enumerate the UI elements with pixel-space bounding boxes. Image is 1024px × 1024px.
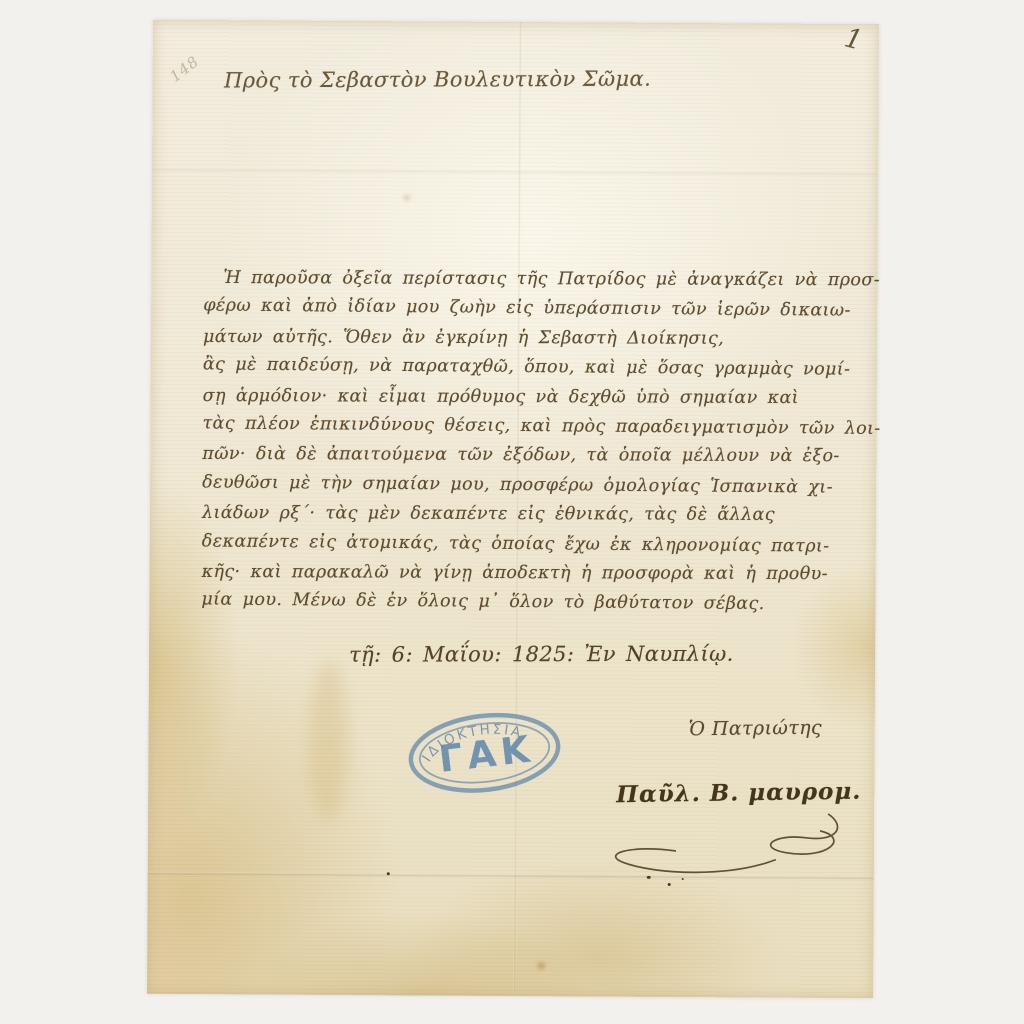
body-line: μάτων αὐτῆς. Ὅθεν ἂν ἐγκρίνῃ ἡ Σεβαστὴ Δ… — [203, 323, 858, 355]
letter-body: Ἡ παροῦσα ὀξεῖα περίστασις τῆς Πατρίδος … — [201, 263, 858, 620]
body-line: μία μου. Μένω δὲ ἐν ὅλοις μ᾽ ὅλον τὸ βαθ… — [201, 586, 856, 621]
body-line: πῶν· διὰ δὲ ἀπαιτούμενα τῶν ἐξόδων, τὰ ὁ… — [202, 440, 857, 472]
body-line: φέρω καὶ ἀπὸ ἰδίαν μου ζωὴν εἰς ὑπεράσπι… — [203, 292, 858, 327]
body-line: τὰς πλέον ἐπικινδύνους θέσεις, καὶ πρὸς … — [202, 409, 857, 444]
body-line: λιάδων ρξ΄· τὰς μὲν δεκαπέντε εἰς ἐθνικά… — [202, 499, 857, 531]
closing-line: Ὁ Πατριώτης — [689, 717, 823, 741]
date-line: τῇ: 6: Μαΐου: 1825: Ἐν Ναυπλίῳ. — [349, 642, 734, 667]
ink-speck — [647, 876, 651, 879]
screenshot-root: { "letter": { "page_number_mark": "1", "… — [0, 0, 1024, 1024]
body-line: ἂς μὲ παιδεύσῃ, νὰ παραταχθῶ, ὅπου, καὶ … — [203, 351, 858, 386]
body-line: δεκαπέντε εἰς ἀτομικάς, τὰς ὁποίας ἔχω ἐ… — [202, 527, 857, 562]
body-line: δευθῶσι μὲ τὴν σημαίαν μου, προσφέρω ὁμο… — [202, 468, 857, 503]
manuscript-page: 148 1 Πρὸς τὸ Σεβαστὸν Βουλευτικὸν Σῶμα.… — [147, 20, 879, 998]
fold-crease-top — [152, 168, 878, 176]
signature-flourish — [580, 808, 870, 882]
ink-speck — [668, 883, 671, 886]
body-line: κῆς· καὶ παρακαλῶ νὰ γίνῃ ἀποδεκτὴ ἡ προ… — [202, 558, 857, 590]
ink-speck — [682, 878, 684, 880]
stain-streak — [308, 661, 349, 821]
body-line: Ἡ παροῦσα ὀξεῖα περίστασις τῆς Πατρίδος … — [203, 264, 858, 296]
ink-speck — [387, 872, 390, 875]
gak-archive-stamp: ΙΔΙΟΚΤΗΣΙΑ ΓΑΚ — [391, 690, 578, 816]
signature-text: Παῦλ. Β. μαυρομ. — [616, 778, 861, 809]
stain-spot — [537, 962, 545, 969]
letter-heading: Πρὸς τὸ Σεβαστὸν Βουλευτικὸν Σῶμα. — [188, 66, 688, 92]
page-number-mark: 1 — [841, 22, 865, 56]
body-line: σῃ ἁρμόδιον· καὶ εἶμαι πρόθυμος νὰ δεχθῶ… — [203, 382, 858, 414]
stain-spot — [404, 195, 410, 200]
